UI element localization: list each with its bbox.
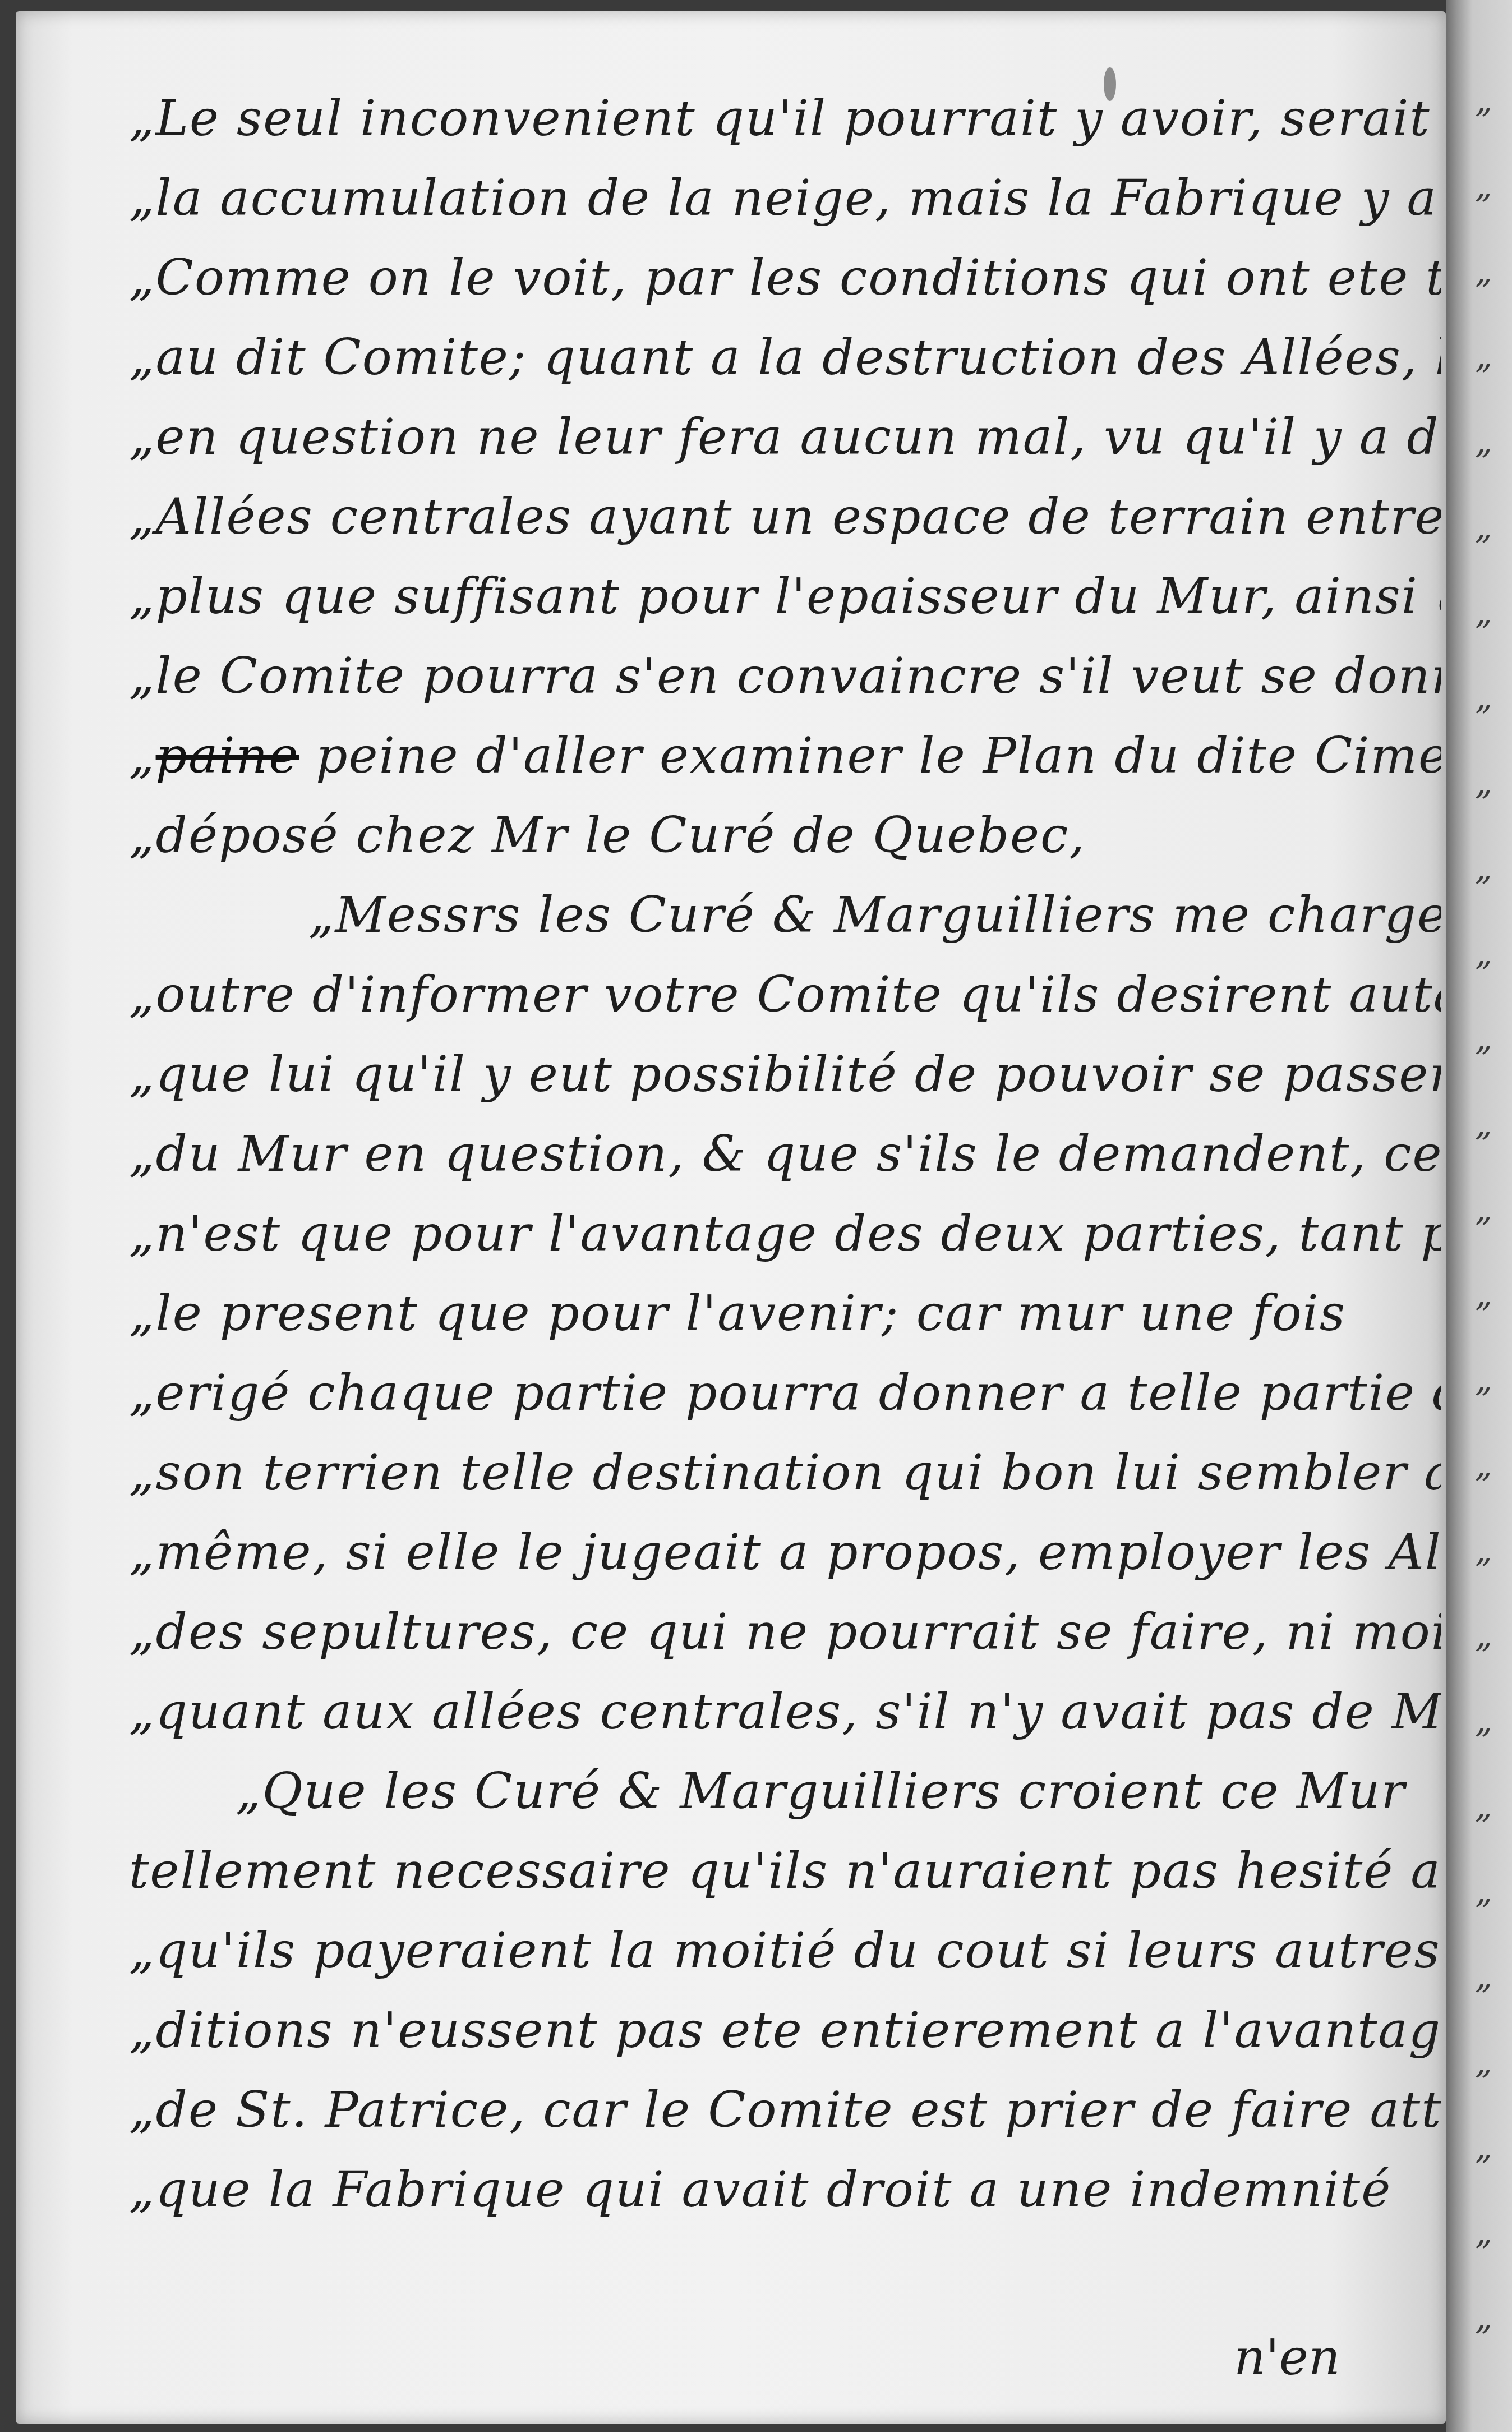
- quote-mark: „: [129, 1921, 156, 1979]
- quote-mark: „: [129, 1204, 156, 1262]
- adjacent-quote-mark: „: [1475, 681, 1492, 715]
- quote-mark: „: [129, 567, 156, 625]
- adjacent-quote-mark: „: [1475, 1960, 1492, 1994]
- quote-mark: „: [129, 1682, 156, 1740]
- adjacent-quote-mark: „: [1475, 511, 1492, 544]
- adjacent-page-marks: „„„„„„„„„„„„„„„„„„„„„„„„„„„: [1469, 0, 1509, 2432]
- adjacent-quote-mark: „: [1475, 1619, 1492, 1653]
- manuscript-text: „Le seul inconvenient qu'il pourrait y a…: [129, 79, 1441, 2229]
- adjacent-quote-mark: „: [1475, 1790, 1492, 1823]
- adjacent-quote-mark: „: [1475, 1449, 1492, 1482]
- line-text: de St. Patrice, car le Comite est prier …: [156, 2081, 1441, 2139]
- manuscript-line: „le Comite pourra s'en convaincre s'il v…: [129, 636, 1441, 716]
- line-text: Allées centrales ayant un espace de terr…: [156, 488, 1441, 545]
- adjacent-quote-mark: „: [1475, 1193, 1492, 1226]
- adjacent-quote-mark: „: [1475, 2216, 1492, 2250]
- manuscript-line: „Messrs les Curé & Marguilliers me charg…: [129, 875, 1441, 955]
- line-text: Comme on le voit, par les conditions qui…: [156, 249, 1441, 306]
- manuscript-line: „la accumulation de la neige, mais la Fa…: [129, 158, 1441, 238]
- manuscript-line: „des sepultures, ce qui ne pourrait se f…: [129, 1592, 1441, 1672]
- quote-mark: „: [129, 1603, 156, 1661]
- quote-mark: „: [236, 1762, 262, 1820]
- adjacent-quote-mark: „: [1475, 1363, 1492, 1397]
- adjacent-quote-mark: „: [1475, 766, 1492, 800]
- line-text: plus que suffisant pour l'epaisseur du M…: [156, 567, 1441, 625]
- adjacent-quote-mark: „: [1475, 255, 1492, 288]
- adjacent-quote-mark: „: [1475, 1704, 1492, 1738]
- adjacent-quote-mark: „: [1475, 852, 1492, 885]
- quote-mark: „: [129, 966, 156, 1023]
- manuscript-line: „Que les Curé & Marguilliers croient ce …: [129, 1751, 1441, 1831]
- line-text: peine d'aller examiner le Plan du dite C…: [299, 727, 1441, 784]
- line-text: que la Fabrique qui avait droit a une in…: [156, 2160, 1392, 2218]
- line-text: tellement necessaire qu'ils n'auraient p…: [129, 1842, 1441, 1900]
- line-text: ditions n'eussent pas ete entierement a …: [156, 2001, 1441, 2059]
- quote-mark: „: [129, 249, 156, 306]
- struck-word: paine: [156, 727, 299, 784]
- manuscript-line: „Allées centrales ayant un espace de ter…: [129, 477, 1441, 557]
- manuscript-line: „son terrien telle destination qui bon l…: [129, 1433, 1441, 1512]
- adjacent-quote-mark: „: [1475, 84, 1492, 118]
- adjacent-quote-mark: „: [1475, 937, 1492, 971]
- manuscript-line: „que lui qu'il y eut possibilité de pouv…: [129, 1035, 1441, 1114]
- adjacent-quote-mark: „: [1475, 1278, 1492, 1312]
- quote-mark: „: [129, 2081, 156, 2139]
- line-text: même, si elle le jugeait a propos, emplo…: [156, 1523, 1441, 1581]
- adjacent-quote-mark: „: [1475, 1107, 1492, 1141]
- adjacent-quote-mark: „: [1475, 425, 1492, 459]
- quote-mark: „: [129, 408, 156, 466]
- manuscript-line: „en question ne leur fera aucun mal, vu …: [129, 397, 1441, 477]
- manuscript-line: „n'est que pour l'avantage des deux part…: [129, 1194, 1441, 1274]
- manuscript-line: „Comme on le voit, par les conditions qu…: [129, 238, 1441, 318]
- manuscript-line: „le present que pour l'avenir; car mur u…: [129, 1274, 1441, 1353]
- manuscript-line: „erigé chaque partie pourra donner a tel…: [129, 1353, 1441, 1433]
- manuscript-line: tellement necessaire qu'ils n'auraient p…: [129, 1831, 1441, 1911]
- manuscript-line: „déposé chez Mr le Curé de Quebec,: [129, 796, 1441, 875]
- manuscript-line: „que la Fabrique qui avait droit a une i…: [129, 2150, 1441, 2229]
- line-text: Que les Curé & Marguilliers croient ce M…: [262, 1762, 1406, 1820]
- line-text: la accumulation de la neige, mais la Fab…: [156, 169, 1441, 227]
- quote-mark: „: [129, 1523, 156, 1581]
- adjacent-quote-mark: „: [1475, 596, 1492, 629]
- line-text: en question ne leur fera aucun mal, vu q…: [156, 408, 1441, 466]
- line-text: au dit Comite; quant a la destruction de…: [156, 328, 1441, 386]
- line-text: quant aux allées centrales, s'il n'y ava…: [156, 1682, 1441, 1740]
- quote-mark: „: [129, 2001, 156, 2059]
- quote-mark: „: [129, 1364, 156, 1422]
- quote-mark: „: [129, 1045, 156, 1103]
- adjacent-quote-mark: „: [1475, 340, 1492, 374]
- quote-mark: „: [129, 488, 156, 545]
- manuscript-line: „qu'ils payeraient la moitié du cout si …: [129, 1911, 1441, 1990]
- quote-mark: „: [129, 727, 156, 784]
- adjacent-quote-mark: „: [1475, 169, 1492, 203]
- line-text: déposé chez Mr le Curé de Quebec,: [156, 806, 1086, 864]
- quote-mark: „: [129, 806, 156, 864]
- manuscript-line: „plus que suffisant pour l'epaisseur du …: [129, 557, 1441, 636]
- adjacent-quote-mark: „: [1475, 2131, 1492, 2164]
- manuscript-line: „de St. Patrice, car le Comite est prier…: [129, 2070, 1441, 2150]
- adjacent-quote-mark: „: [1475, 2045, 1492, 2079]
- line-text: erigé chaque partie pourra donner a tell…: [156, 1364, 1441, 1422]
- line-text: n'est que pour l'avantage des deux parti…: [156, 1204, 1441, 1262]
- line-text: Messrs les Curé & Marguilliers me charge…: [335, 886, 1441, 944]
- manuscript-line: „Le seul inconvenient qu'il pourrait y a…: [129, 79, 1441, 158]
- manuscript-line: „paine peine d'aller examiner le Plan du…: [129, 716, 1441, 796]
- line-text: son terrien telle destination qui bon lu…: [156, 1443, 1441, 1501]
- line-text: le Comite pourra s'en convaincre s'il ve…: [156, 647, 1441, 705]
- line-text: du Mur en question, & que s'ils le deman…: [156, 1125, 1441, 1183]
- manuscript-line: „quant aux allées centrales, s'il n'y av…: [129, 1672, 1441, 1751]
- line-text: outre d'informer votre Comite qu'ils des…: [156, 966, 1441, 1023]
- quote-mark: „: [129, 647, 156, 705]
- manuscript-line: „outre d'informer votre Comite qu'ils de…: [129, 955, 1441, 1035]
- quote-mark: „: [129, 2160, 156, 2218]
- manuscript-line: „au dit Comite; quant a la destruction d…: [129, 318, 1441, 397]
- adjacent-quote-mark: „: [1475, 1534, 1492, 1567]
- quote-mark: „: [129, 1284, 156, 1342]
- quote-mark: „: [129, 1125, 156, 1183]
- line-text: le present que pour l'avenir; car mur un…: [156, 1284, 1346, 1342]
- catchword: n'en: [1234, 2328, 1340, 2386]
- quote-mark: „: [308, 886, 335, 944]
- line-text: des sepultures, ce qui ne pourrait se fa…: [156, 1603, 1441, 1661]
- quote-mark: „: [129, 169, 156, 227]
- line-text: qu'ils payeraient la moitié du cout si l…: [156, 1921, 1441, 1979]
- manuscript-line: „ditions n'eussent pas ete entierement a…: [129, 1990, 1441, 2070]
- quote-mark: „: [129, 328, 156, 386]
- adjacent-quote-mark: „: [1475, 1875, 1492, 1909]
- line-text: Le seul inconvenient qu'il pourrait y av…: [156, 89, 1431, 147]
- manuscript-line: „du Mur en question, & que s'ils le dema…: [129, 1114, 1441, 1194]
- adjacent-quote-mark: „: [1475, 2301, 1492, 2335]
- quote-mark: „: [129, 89, 156, 147]
- adjacent-quote-mark: „: [1475, 1022, 1492, 1056]
- line-text: que lui qu'il y eut possibilité de pouvo…: [156, 1045, 1441, 1103]
- manuscript-line: „même, si elle le jugeait a propos, empl…: [129, 1512, 1441, 1592]
- quote-mark: „: [129, 1443, 156, 1501]
